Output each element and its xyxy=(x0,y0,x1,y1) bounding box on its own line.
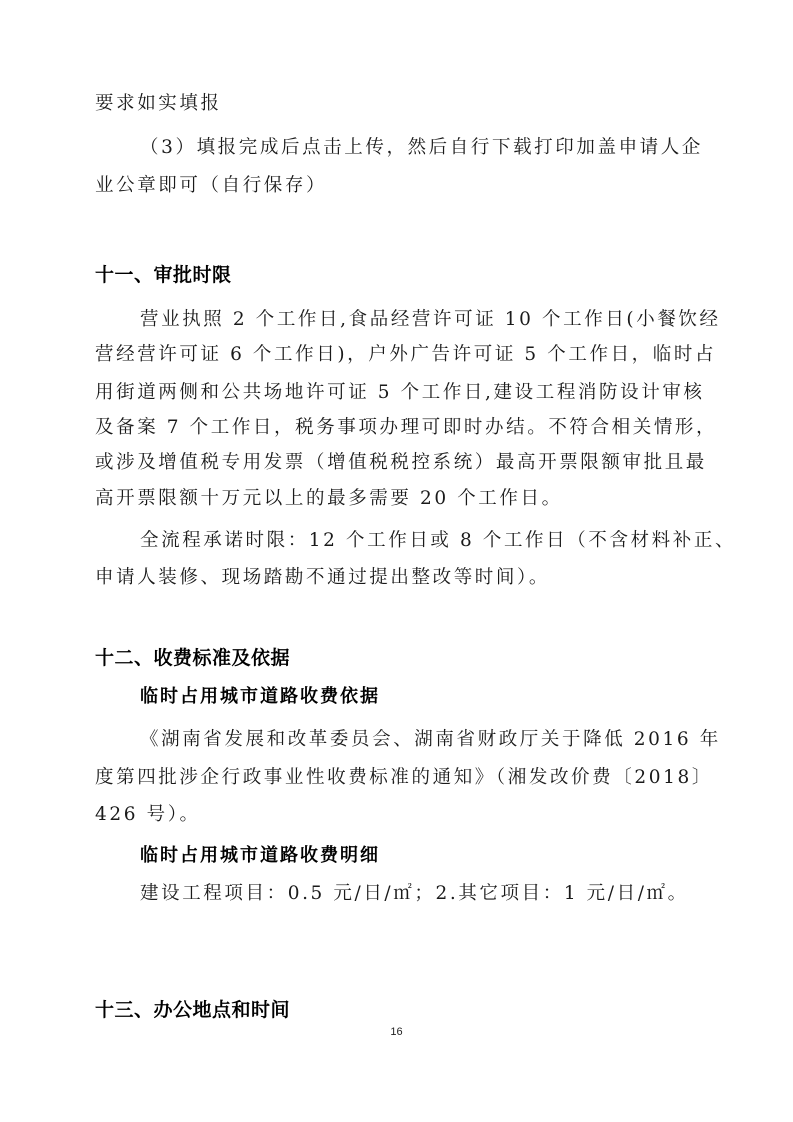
body-text-line: 申请人装修、现场踏勘不通过提出整改等时间）。 xyxy=(95,566,550,590)
body-text-line: （3）填报完成后点击上传，然后自行下载打印加盖申请人企 xyxy=(140,136,703,160)
body-text-line: 用街道两侧和公共场地许可证 5 个工作日,建设工程消防设计审核 xyxy=(95,381,705,405)
body-text-line: 建设工程项目：0.5 元/日/㎡；2.其它项目：1 元/日/㎡。 xyxy=(140,882,689,906)
body-text-line: 《湖南省发展和改革委员会、湖南省财政厅关于降低 2016 年 xyxy=(140,728,721,752)
body-text-line: 要求如实填报 xyxy=(95,92,222,116)
section-heading: 十二、收费标准及依据 xyxy=(95,645,290,671)
body-text-line: 全流程承诺时限：12 个工作日或 8 个工作日（不含材料补正、 xyxy=(140,529,736,553)
body-text-line: 426 号）。 xyxy=(95,803,201,827)
body-text-line: 高开票限额十万元以上的最多需要 20 个工作日。 xyxy=(95,487,563,511)
body-text-line: 营经营许可证 6 个工作日)，户外广告许可证 5 个工作日，临时占 xyxy=(95,343,716,367)
section-heading: 十一、审批时限 xyxy=(95,262,232,288)
subsection-heading: 临时占用城市道路收费明细 xyxy=(140,844,380,868)
body-text-line: 业公章即可（自行保存） xyxy=(95,174,327,198)
subsection-heading: 临时占用城市道路收费依据 xyxy=(140,685,380,709)
body-text-line: 度第四批涉企行政事业性收费标准的通知》（湘发改价费〔2018〕 xyxy=(95,766,713,790)
body-text-line: 营业执照 2 个工作日,食品经营许可证 10 个工作日(小餐饮经 xyxy=(140,308,721,332)
body-text-line: 及备案 7 个工作日，税务事项办理可即时办结。不符合相关情形， xyxy=(95,416,717,440)
body-text-line: 或涉及增值税专用发票（增值税税控系统）最高开票限额审批且最 xyxy=(95,451,707,475)
page-number: 16 xyxy=(0,1026,793,1038)
section-heading: 十三、办公地点和时间 xyxy=(95,997,290,1023)
